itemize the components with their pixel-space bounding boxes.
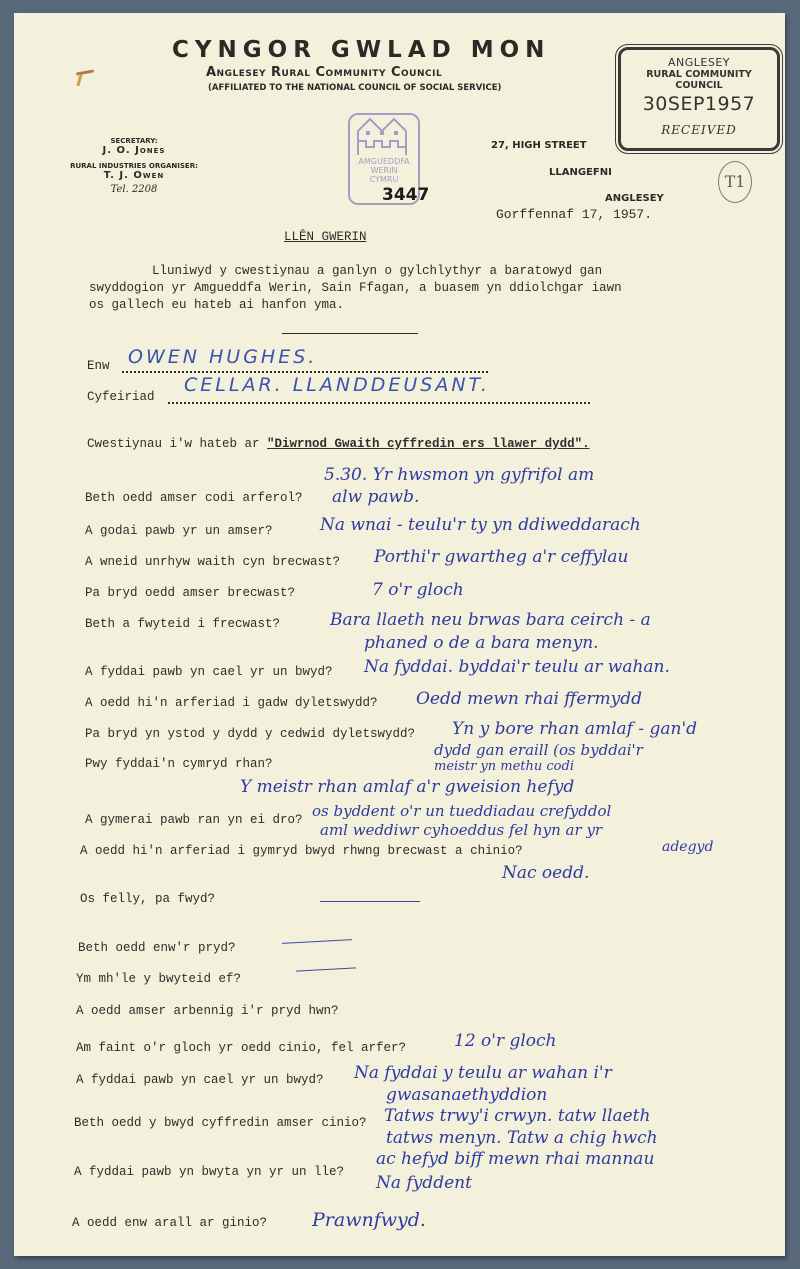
address-line-1: 27, HIGH STREET (491, 140, 587, 151)
museum-stamp-line: WERIN (350, 166, 418, 175)
answer-17-line-2: gwasanaethyddion (386, 1085, 547, 1105)
topic-prefix: Cwestiynau i'w hateb ar (87, 437, 267, 451)
intro-line-2: swyddogion yr Amgueddfa Werin, Sain Ffag… (89, 281, 622, 295)
address-label: Cyfeiriad (87, 390, 155, 404)
organiser-label: RURAL INDUSTRIES ORGANISER: (64, 162, 204, 170)
name-label: Enw (87, 359, 110, 373)
address-line-2: LLANGEFNI (549, 167, 612, 178)
received-stamp: ANGLESEY RURAL COMMUNITY COUNCIL 30SEP19… (618, 47, 780, 151)
question-11: A oedd hi'n arferiad i gymryd bwyd rhwng… (80, 844, 523, 858)
telephone: Tel. 2208 (64, 184, 204, 195)
stamp-status: RECEIVED (621, 123, 777, 137)
accession-number: 3447 (382, 185, 429, 205)
question-12: Os felly, pa fwyd? (80, 892, 215, 906)
answer-5-line-1: Bara llaeth neu brwas bara ceirch - a (330, 610, 651, 630)
answer-4: 7 o'r gloch (372, 580, 464, 600)
name-dotted-line (122, 371, 488, 373)
question-14: Ym mh'le y bwyteid ef? (76, 972, 241, 986)
question-18: Beth oedd y bwyd cyffredin amser cinio? (74, 1116, 367, 1130)
organiser-name: T. J. Owen (64, 170, 204, 181)
answer-10-line-3: adegyd (662, 839, 713, 855)
question-17: A fyddai pawb yn cael yr un bwyd? (76, 1073, 324, 1087)
question-1: Beth oedd amser codi arferol? (85, 491, 303, 505)
letterhead-title: CYNGOR GWLAD MON (172, 37, 550, 63)
document-page: CYNGOR GWLAD MON Anglesey Rural Communit… (14, 13, 785, 1256)
circled-mark: T1 (718, 161, 752, 203)
answer-5-line-2: phaned o de a bara menyn. (364, 633, 599, 653)
question-4: Pa bryd oedd amser brecwast? (85, 586, 295, 600)
answer-6: Na fyddai. byddai'r teulu ar wahan. (364, 657, 670, 677)
secretary-label: SECRETARY: (64, 137, 204, 145)
answer-16: 12 o'r gloch (454, 1031, 557, 1051)
answer-18-line-2: tatws menyn. Tatw a chig hwch (386, 1128, 658, 1148)
answer-9: Y meistr rhan amlaf a'r gweision hefyd (240, 777, 574, 797)
stamp-line: ANGLESEY (621, 56, 777, 69)
name-value[interactable]: OWEN HUGHES. (128, 346, 317, 368)
question-16: Am faint o'r gloch yr oedd cinio, fel ar… (76, 1041, 406, 1055)
answer-11: Nac oedd. (502, 863, 589, 883)
answer-19: Na fyddent (376, 1173, 472, 1193)
answer-7: Oedd mewn rhai ffermydd (416, 689, 642, 709)
intro-line-1: Lluniwyd y cwestiynau a ganlyn o gylchly… (152, 264, 602, 278)
separator-line (282, 333, 418, 334)
answer-1-line-1: 5.30. Yr hwsmon yn gyfrifol am (324, 465, 594, 485)
rust-stain (76, 74, 82, 86)
question-3: A wneid unrhyw waith cyn brecwast? (85, 555, 340, 569)
secretary-name: J. O. Jones (64, 145, 204, 156)
answer-dash-line (320, 901, 420, 902)
answer-2: Na wnai - teulu'r ty yn ddiweddarach (320, 515, 641, 535)
question-8: Pa bryd yn ystod y dydd y cedwid dyletsw… (85, 727, 415, 741)
intro-line-3: os gallech eu hateb ai hanfon yma. (89, 298, 344, 312)
question-7: A oedd hi'n arferiad i gadw dyletswydd? (85, 696, 378, 710)
answer-17-line-1: Na fyddai y teulu ar wahan i'r (354, 1063, 612, 1083)
question-13: Beth oedd enw'r pryd? (78, 941, 236, 955)
question-5: Beth a fwyteid i frecwast? (85, 617, 280, 631)
document-heading: LLÊN GWERIN (284, 230, 367, 244)
question-6: A fyddai pawb yn cael yr un bwyd? (85, 665, 333, 679)
building-icon (354, 117, 414, 157)
answer-18-line-1: Tatws trwy'i crwyn. tatw llaeth (384, 1106, 650, 1126)
question-15: A oedd amser arbennig i'r pryd hwn? (76, 1004, 339, 1018)
topic-line: Cwestiynau i'w hateb ar "Diwrnod Gwaith … (87, 437, 590, 451)
answer-3: Porthi'r gwartheg a'r ceffylau (374, 547, 628, 567)
question-2: A godai pawb yr un amser? (85, 524, 273, 538)
question-20: A oedd enw arall ar ginio? (72, 1216, 267, 1230)
address-value[interactable]: CELLAR. LLANDDEUSANT. (184, 374, 490, 396)
letterhead-affiliation: (AFFILIATED TO THE NATIONAL COUNCIL OF S… (208, 83, 501, 93)
answer-18-line-3: ac hefyd biff mewn rhai mannau (376, 1149, 654, 1169)
letterhead-subtitle: Anglesey Rural Community Council (206, 65, 442, 80)
letterhead-staff: SECRETARY: J. O. Jones RURAL INDUSTRIES … (64, 137, 204, 195)
question-19: A fyddai pawb yn bwyta yn yr un lle? (74, 1165, 344, 1179)
answer-10-line-2: aml weddiwr cyhoeddus fel hyn ar yr (320, 821, 602, 839)
address-dotted-line (168, 402, 590, 404)
answer-8-line-1: Yn y bore rhan amlaf - gan'd (452, 719, 697, 739)
topic-title: "Diwrnod Gwaith cyffredin ers llawer dyd… (267, 437, 590, 451)
answer-10-line-1: os byddent o'r un tueddiadau crefyddol (312, 802, 611, 820)
museum-stamp-line: AMGUEDDFA (350, 157, 418, 166)
address-line-3: ANGLESEY (605, 193, 664, 204)
document-date: Gorffennaf 17, 1957. (496, 207, 652, 222)
museum-stamp-line: CYMRU (350, 175, 418, 184)
question-9: Pwy fyddai'n cymryd rhan? (85, 757, 273, 771)
answer-8-line-2: dydd gan eraill (os byddai'r (434, 741, 643, 759)
question-10: A gymerai pawb ran yn ei dro? (85, 813, 303, 827)
answer-dash-line (296, 967, 356, 971)
answer-8-line-3: meistr yn methu codi (434, 759, 574, 774)
stamp-date: 30SEP1957 (621, 93, 777, 115)
answer-dash-line (282, 939, 352, 944)
answer-20: Prawnfwyd. (312, 1209, 426, 1231)
answer-1-line-2: alw pawb. (332, 487, 419, 507)
stamp-line: RURAL COMMUNITY COUNCIL (621, 69, 777, 91)
